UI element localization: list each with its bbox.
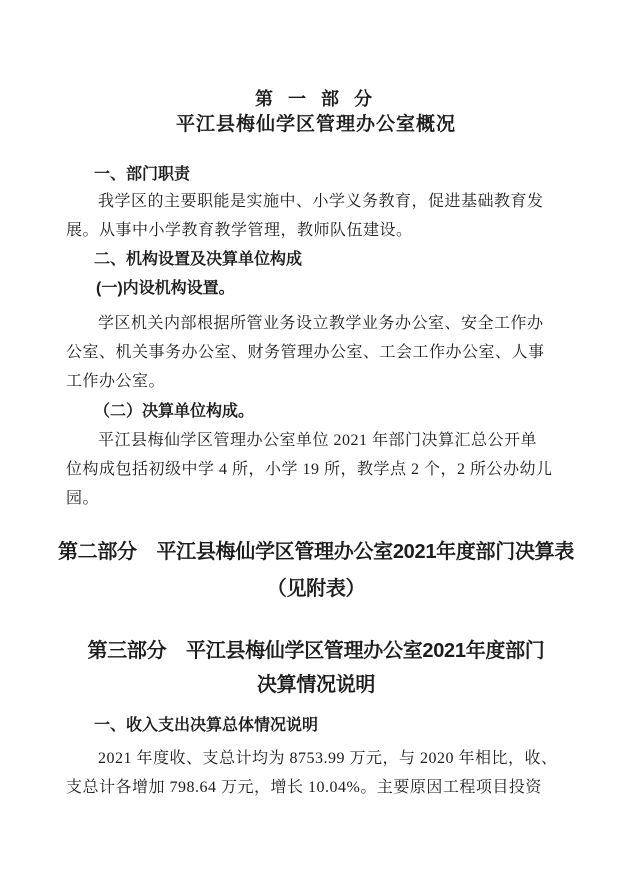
- paragraph-budget-overview: 2021 年度收、支总计均为 8753.99 万元，与 2020 年相比，收、 …: [66, 744, 569, 802]
- section-heading-organization: 二、机构设置及决算单位构成: [66, 248, 569, 272]
- sub-heading-internal-structure: (一)内设机构设置。: [66, 277, 569, 301]
- paragraph-unit-composition: 平江县梅仙学区管理办公室单位 2021 年部门决算汇总公开单 位构成包括初级中学…: [66, 426, 569, 513]
- part1-title-line2: 平江县梅仙学区管理办公室概况: [0, 112, 632, 138]
- section-heading-department-duties: 一、部门职责: [66, 163, 569, 187]
- part3-title-line2: 决算情况说明: [0, 668, 632, 702]
- part3-title-line1: 第三部分 平江县梅仙学区管理办公室2021年度部门: [0, 634, 632, 668]
- part3-heading: 第三部分 平江县梅仙学区管理办公室2021年度部门 决算情况说明: [0, 634, 632, 702]
- paragraph-internal-structure: 学区机关内部根据所管业务设立教学业务办公室、安全工作办 公室、机关事务办公室、财…: [66, 309, 569, 396]
- document-page: 第 一 部 分 平江县梅仙学区管理办公室概况 一、部门职责 我学区的主要职能是实…: [0, 0, 632, 895]
- part2-title-line1: 第二部分 平江县梅仙学区管理办公室2021年度部门决算表: [0, 534, 632, 571]
- sub-heading-unit-composition: （二）决算单位构成。: [66, 400, 569, 424]
- section-heading-budget-overview: 一、收入支出决算总体情况说明: [66, 714, 569, 738]
- part1-title-line1: 第 一 部 分: [0, 86, 632, 112]
- paragraph-department-duties: 我学区的主要职能是实施中、小学义务教育，促进基础教育发 展。从事中小学教育教学管…: [66, 187, 569, 245]
- part2-heading: 第二部分 平江县梅仙学区管理办公室2021年度部门决算表 （见附表）: [0, 534, 632, 608]
- part2-title-line2: （见附表）: [0, 571, 632, 608]
